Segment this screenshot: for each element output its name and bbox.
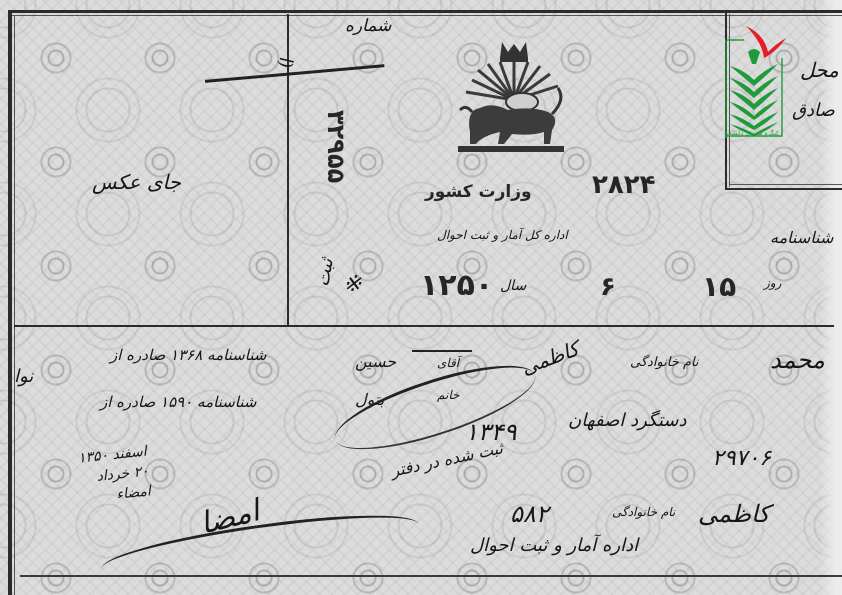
page-number: ۲۸۲۴ (592, 170, 655, 200)
issue-month: ۶ (600, 272, 616, 302)
number-label: شماره (345, 16, 391, 36)
given-name: محمد (770, 346, 825, 374)
family-label-2: نام خانوادگی (612, 505, 675, 519)
seal-number: ۵۸۲ (510, 500, 549, 528)
right-box-bottom-inner-border (729, 184, 842, 185)
serial-prefix: (ا (275, 56, 296, 68)
margin-notes: اسفند ۱۳۵۰ ۲۰ خرداد امضاء (77, 442, 152, 509)
logo-caption: کنگره شهدای دانشجو (725, 130, 779, 137)
shenasnameh-label: شناسنامه (770, 228, 833, 247)
family-name-2: کاظمی (698, 500, 770, 528)
issued-label: صادق (792, 100, 835, 121)
section-divider (14, 325, 834, 327)
frame-left-border (8, 10, 12, 595)
office-name: اداره کل آمار و ثبت احوال (437, 228, 568, 242)
frame-top-border (8, 10, 842, 13)
father-name: حسین (355, 352, 396, 371)
frame-left-inner-border (14, 16, 15, 595)
year-label: سال (500, 278, 526, 294)
photo-area-label: جای عکس (92, 170, 181, 194)
birth-place: دستگرد اصفهان (568, 410, 687, 431)
registered-number: ۲۹۷۰۶ (712, 446, 771, 471)
place-label: محل (800, 58, 839, 82)
serial-number: ۳۲۹۵۵ (322, 110, 350, 183)
day-label: روز (764, 276, 781, 290)
mother-id: شناسنامه ۱۵۹۰ صادره از (100, 393, 256, 411)
right-box-bottom-border (725, 188, 842, 190)
father-id: شناسنامه ۱۳۶۸ صادره از (110, 346, 266, 364)
issued-city: نوا (14, 366, 33, 387)
father-label: آقای (437, 356, 459, 370)
registrar-label: اداره آمار و ثبت احوال (470, 535, 638, 556)
frame-top-inner-border (8, 15, 842, 16)
ministry-name: وزارت کشور (425, 182, 532, 202)
issue-year: ۱۲۵۰ (420, 268, 493, 303)
lion-and-sun-emblem-icon (452, 40, 570, 162)
congress-logo-icon (718, 18, 788, 143)
family-label: نام خانوادگی (630, 355, 699, 370)
parent-divider (412, 350, 472, 352)
issue-day: ۱۵ (702, 270, 736, 303)
stamp-glyph-icon: ※ (343, 272, 361, 297)
